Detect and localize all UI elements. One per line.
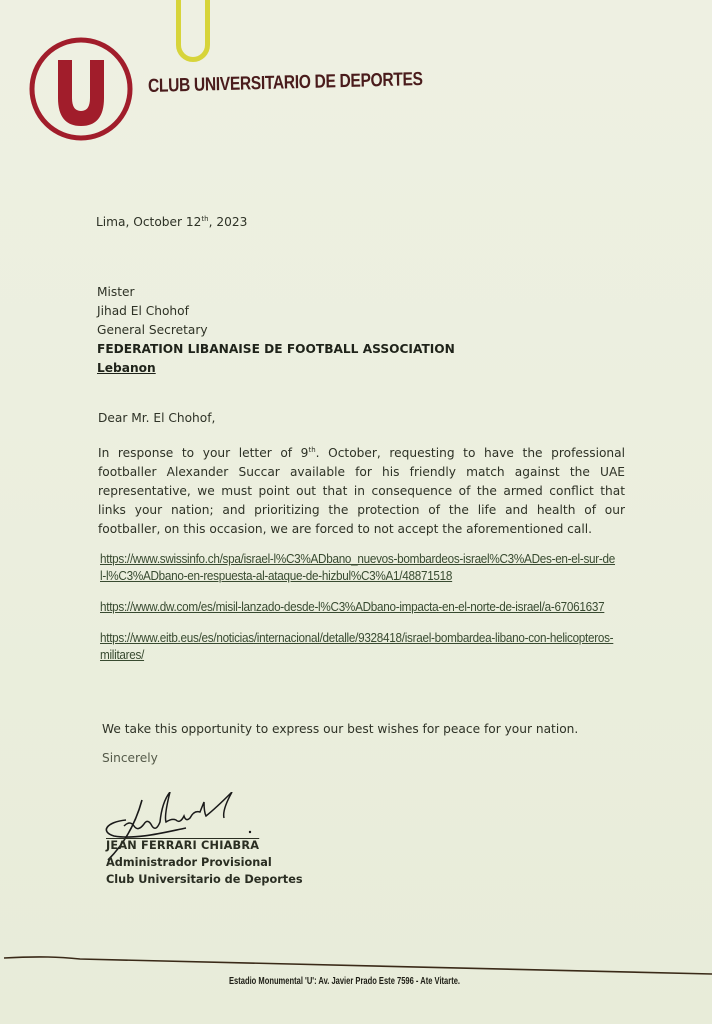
recipient-position: General Secretary [97, 321, 455, 340]
body-paragraph: In response to your letter of 9th. Octob… [98, 444, 625, 539]
reference-link-eitb[interactable]: https://www.eitb.eus/es/noticias/interna… [100, 630, 616, 664]
footer-address: Estadio Monumental 'U': Av. Javier Prado… [229, 975, 460, 987]
reference-links: https://www.swissinfo.ch/spa/israel-l%C3… [100, 551, 620, 678]
reference-link-dw[interactable]: https://www.dw.com/es/misil-lanzado-desd… [100, 599, 616, 616]
signer-name: JEAN FERRARI CHIABRA [106, 837, 303, 854]
signer-block: JEAN FERRARI CHIABRA Administrador Provi… [106, 837, 303, 888]
sign-off: Sincerely [102, 751, 158, 765]
letter-date: Lima, October 12th, 2023 [96, 215, 247, 229]
recipient-name: Jihad El Chohof [97, 302, 455, 321]
reference-link-swissinfo[interactable]: https://www.swissinfo.ch/spa/israel-l%C3… [100, 551, 616, 585]
recipient-title: Mister [97, 283, 455, 302]
club-name: CLUB UNIVERSITARIO DE DEPORTES [148, 69, 423, 98]
club-universitario-u-crest-icon [28, 36, 134, 142]
salutation: Dear Mr. El Chohof, [98, 411, 215, 425]
recipient-address: Mister Jihad El Chohof General Secretary… [97, 283, 455, 378]
recipient-organization: FEDERATION LIBANAISE DE FOOTBALL ASSOCIA… [97, 340, 455, 359]
closing-sentence: We take this opportunity to express our … [102, 722, 578, 736]
recipient-country: Lebanon [97, 359, 455, 378]
paperclip [176, 0, 210, 62]
signer-organization: Club Universitario de Deportes [106, 871, 303, 888]
signer-role: Administrador Provisional [106, 854, 303, 871]
